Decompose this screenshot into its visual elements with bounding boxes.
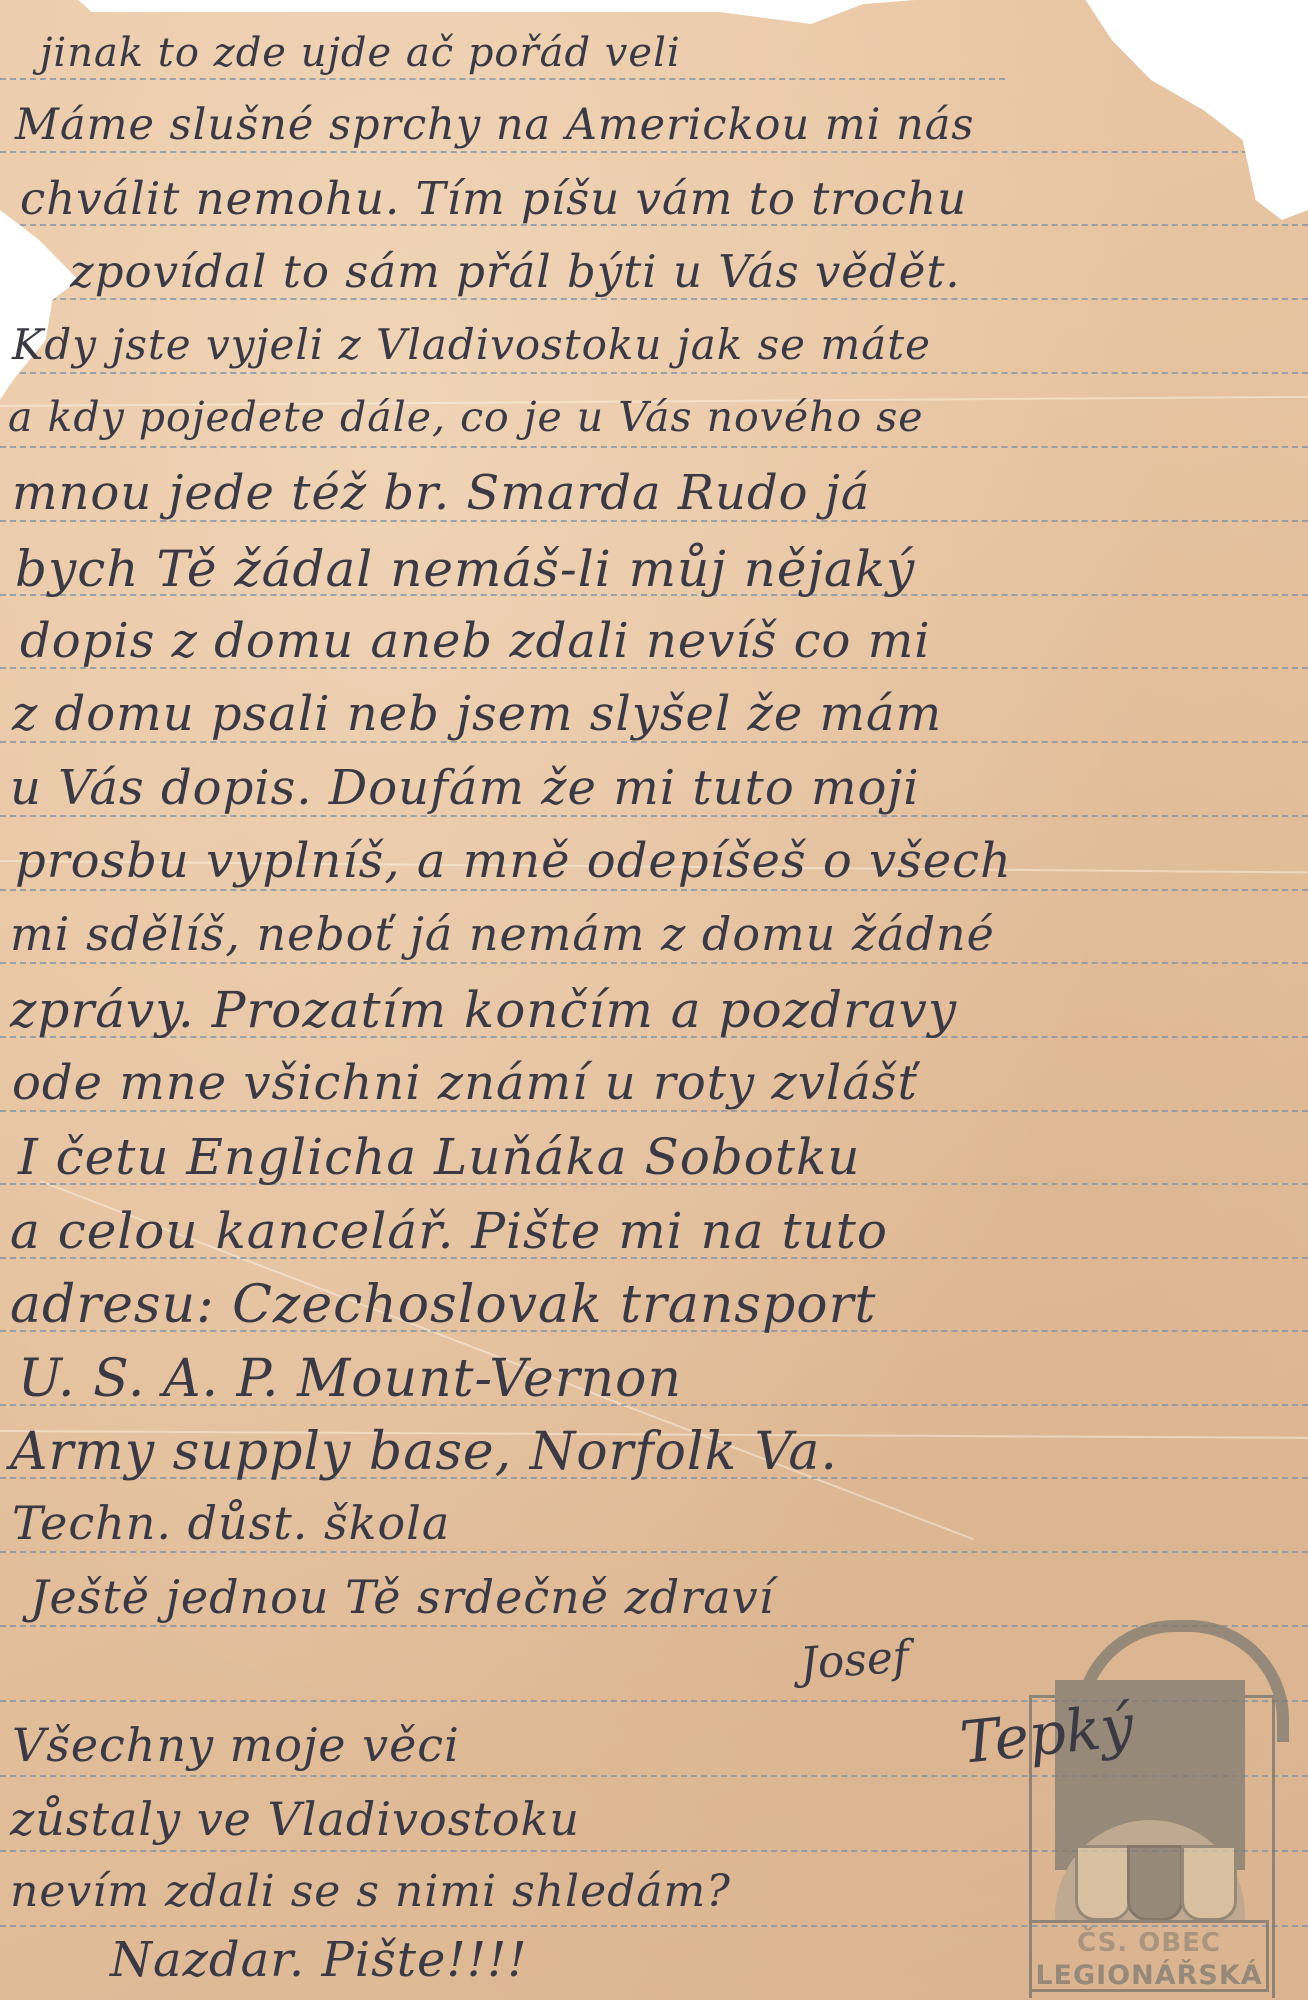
letter-line: Ještě jednou Tě srdečně zdraví (30, 1570, 774, 1624)
coat-of-arms-slovakia-icon (1127, 1845, 1183, 1921)
ruled-line (0, 1551, 1308, 1553)
legion-watermark-stamp: ČS. OBEC LEGIONÁŘSKÁ (1015, 1620, 1277, 2000)
letter-line: dopis z domu aneb zdali nevíš co mi (20, 613, 931, 669)
ruled-line (0, 78, 1005, 80)
letter-line: jinak to zde ujde ač pořád veli (40, 30, 681, 76)
ruled-line (0, 298, 1308, 300)
letter-line: Techn. důst. škola (12, 1496, 450, 1550)
letter-line: zůstaly ve Vladivostoku (10, 1792, 580, 1846)
letter-line: z domu psali neb jsem slyšel že mám (12, 686, 942, 742)
letter-line: adresu: Czechoslovak transport (10, 1275, 876, 1335)
coat-of-arms-moravia-icon (1181, 1845, 1237, 1921)
letter-line: mi sdělíš, neboť já nemám z domu žádné (10, 907, 995, 961)
letter-line: zpovídal to sám přál býti u Vás vědět. (70, 245, 961, 298)
ruled-line (0, 962, 1308, 964)
letter-line: a kdy pojedete dále, co je u Vás nového … (8, 393, 924, 441)
ruled-line (0, 889, 1308, 891)
watermark-line2: LEGIONÁŘSKÁ (1029, 1960, 1269, 1991)
letter-line: u Vás dopis. Doufám že mi tuto moji (10, 760, 920, 816)
letter-line: U. S. A. P. Mount-Vernon (18, 1349, 682, 1409)
ruled-line (0, 151, 1308, 153)
letter-line: chválit nemohu. Tím píšu vám to trochu (20, 172, 967, 225)
letter-line: Army supply base, Norfolk Va. (10, 1422, 838, 1482)
coat-of-arms-bohemia-icon (1075, 1845, 1131, 1921)
letter-line: bych Tě žádal nemáš-li můj nějaký (15, 540, 915, 598)
letter-line: Máme slušné sprchy na Americkou mi nás (15, 100, 974, 150)
signature-first-name: Josef (798, 1631, 910, 1689)
letter-line: zprávy. Prozatím končím a pozdravy (10, 981, 957, 1039)
letter-line: Kdy jste vyjeli z Vladivostoku jak se má… (12, 320, 931, 369)
letter-line: a celou kancelář. Pište mi na tuto (10, 1202, 888, 1260)
letter-line: nevím zdali se s nimi shledám? (10, 1866, 731, 1917)
ruled-line (0, 372, 1308, 374)
letter-line: Všechny moje věci (12, 1718, 460, 1772)
letter-line: mnou jede též br. Smarda Rudo já (12, 465, 870, 521)
letter-line: ode mne všichni známí u roty zvlášť (12, 1055, 918, 1111)
letter-line: prosbu vyplníš, a mně odepíšeš o všech (15, 833, 1012, 889)
watermark-line1: ČS. OBEC (1029, 1928, 1269, 1958)
letter-line: I četu Englicha Luňáka Sobotku (18, 1128, 861, 1186)
letter-line: Nazdar. Pište!!!! (110, 1932, 528, 1988)
ruled-line (0, 446, 1308, 448)
